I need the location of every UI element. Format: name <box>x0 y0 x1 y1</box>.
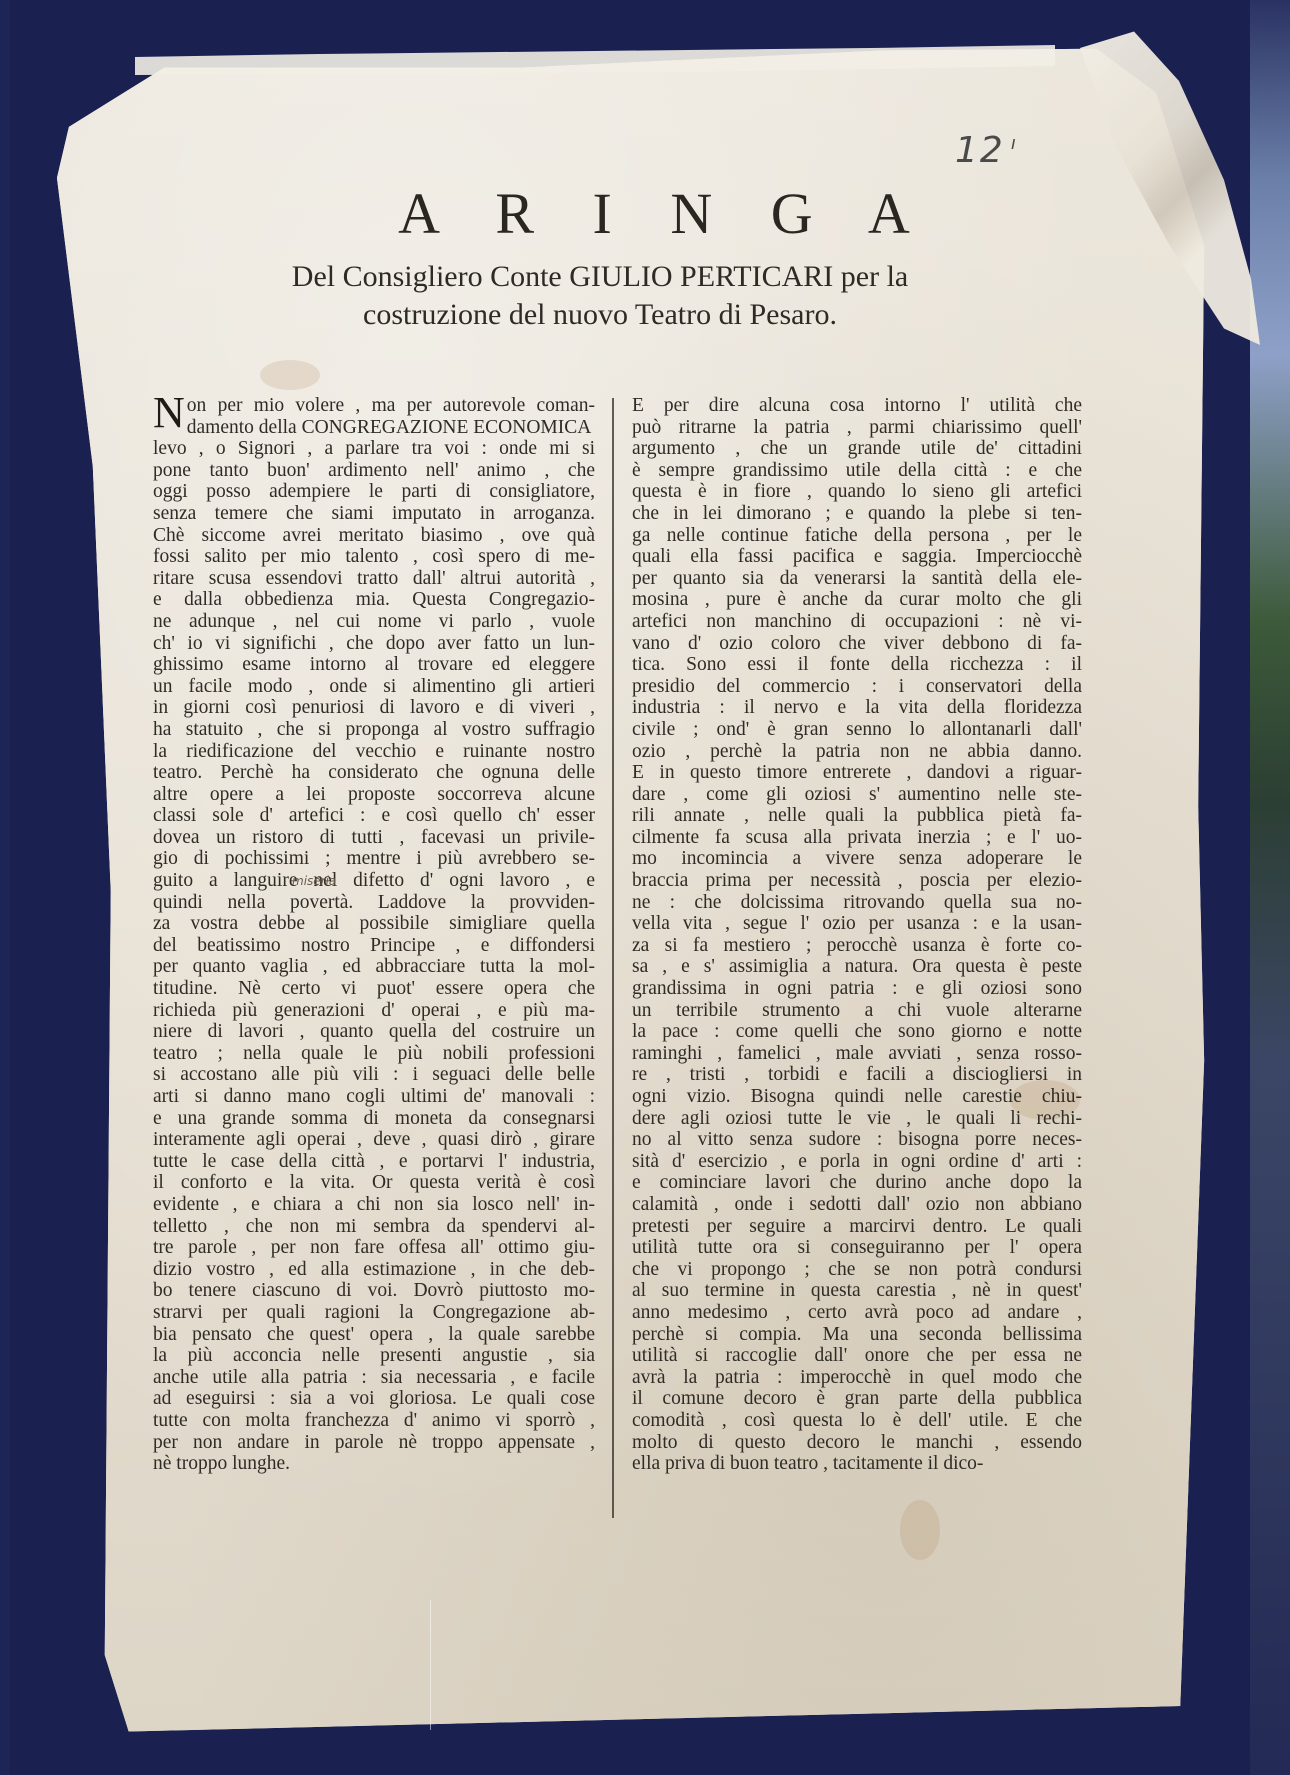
text-line: del beatissimo nostro Principe , e diffo… <box>153 935 595 957</box>
text-line: al suo termine in questa carestia , nè i… <box>632 1280 1082 1302</box>
text-line: industria : il nervo e la vita della flo… <box>632 697 1082 719</box>
text-line: può ritrarne la patria , parmi chiarissi… <box>632 417 1082 439</box>
text-line: mo incomincia a vivere senza adoperare l… <box>632 848 1082 870</box>
text-line: oggi posso adempiere le parti di consigl… <box>153 481 595 503</box>
text-line: ga nelle continue fatiche della persona … <box>632 525 1082 547</box>
text-line: interamente agli operai , deve , quasi d… <box>153 1129 595 1151</box>
text-line: dare , come gli oziosi s' aumentino nell… <box>632 784 1082 806</box>
text-line: quindi nella povertà. Laddove la provvid… <box>153 892 595 914</box>
text-line: dizio vostro , ed alla estimazione , in … <box>153 1259 595 1281</box>
text-line: za si fa mestiero ; perocchè usanza è fo… <box>632 935 1082 957</box>
column-divider <box>612 398 614 1518</box>
text-line: utilità tutte ora si conseguiranno per l… <box>632 1237 1082 1259</box>
text-line: dere agli oziosi tutte le vie , le quali… <box>632 1108 1082 1130</box>
text-line: per quanto vaglia , ed abbracciare tutta… <box>153 956 595 978</box>
text-line: anche utile alla patria : sia necessaria… <box>153 1367 595 1389</box>
text-line: tica. Sono essi il fonte della ricchezza… <box>632 654 1082 676</box>
handwritten-correction: miseria <box>292 874 336 888</box>
text-line: dovea un ristoro di tutti , facevasi un … <box>153 827 595 849</box>
text-line: re , tristi , torbidi e facili a disciog… <box>632 1064 1082 1086</box>
text-line: il comune decoro è gran parte della pubb… <box>632 1388 1082 1410</box>
text-line: senza temere che siami imputato in arrog… <box>153 503 595 525</box>
text-line: arti si danno mano cogli ultimi de' mano… <box>153 1086 595 1108</box>
text-line: gio di pochissimi ; mentre i più avrebbe… <box>153 848 595 870</box>
backdrop-fabric <box>1250 0 1290 1775</box>
handwritten-mark: ı <box>1011 133 1018 154</box>
text-line: damento della CONGREGAZIONE ECONOMICA mi <box>187 417 595 439</box>
text-line: levo , o Signori , a parlare tra voi : o… <box>153 438 595 460</box>
page-number-text: 12 <box>955 130 1005 171</box>
text-line: e una grande somma di moneta da consegna… <box>153 1108 595 1130</box>
paper-stain <box>900 1500 940 1560</box>
text-line: teatro ; nella quale le più nobili profe… <box>153 1043 595 1065</box>
text-line: ha statuito , che si proponga al vostro … <box>153 719 595 741</box>
text-line: richieda più generazioni d' operai , e p… <box>153 1000 595 1022</box>
text-line: bo tenere ciascuno di voi. Dovrò piuttos… <box>153 1280 595 1302</box>
text-line: strarvi per quali ragioni la Congregazio… <box>153 1302 595 1324</box>
text-line: on per mio volere , ma per autorevole co… <box>187 395 595 417</box>
document-title: A R I N G A <box>0 180 1290 247</box>
text-line: si accostano alle più vili : i seguaci d… <box>153 1064 595 1086</box>
text-line: pretesti per seguire a marcirvi dentro. … <box>632 1216 1082 1238</box>
text-line: avrà la patria : imperocchè in quel modo… <box>632 1367 1082 1389</box>
text-line: ozio , perchè la patria non ne abbia dan… <box>632 741 1082 763</box>
text-line: telletto , che non mi sembra da spenderv… <box>153 1216 595 1238</box>
text-line: artefici non manchino di occupazioni : n… <box>632 611 1082 633</box>
text-line: ghissimo esame intorno al trovare ed ele… <box>153 654 595 676</box>
text-line: sità d' esercizio , e porla in ogni ordi… <box>632 1151 1082 1173</box>
text-line: la più acconcia nelle presenti angustie … <box>153 1345 595 1367</box>
paper-crease <box>430 1600 431 1730</box>
text-line: ne adunque , nel cui nome vi parlo , vuo… <box>153 611 595 633</box>
text-line: molto di questo decoro le manchi , essen… <box>632 1432 1082 1454</box>
text-line: za vostra debbe al possibile simigliare … <box>153 913 595 935</box>
text-line: pone tanto buon' ardimento nell' animo ,… <box>153 460 595 482</box>
text-line: ch' io vi significhi , che dopo aver fat… <box>153 633 595 655</box>
text-line: tre parole , per non fare offesa all' ot… <box>153 1237 595 1259</box>
text-line: vano d' ozio coloro che viver debbono di… <box>632 633 1082 655</box>
text-line: in giorni così penuriosi di lavoro e di … <box>153 697 595 719</box>
text-line: braccia prima per necessità , poscia per… <box>632 870 1082 892</box>
text-line: evidente , e chiara a chi non sia losco … <box>153 1194 595 1216</box>
text-line: per quanto sia da venerarsi la santità d… <box>632 568 1082 590</box>
text-line: utilità si raccoglie dall' onore che per… <box>632 1345 1082 1367</box>
text-line: raminghi , famelici , male avviati , sen… <box>632 1043 1082 1065</box>
subtitle-line-2: costruzione del nuovo Teatro di Pesaro. <box>210 296 990 334</box>
right-text-column: E per dire alcuna cosa intorno l' utilit… <box>632 395 1082 1475</box>
drop-cap: N <box>153 393 185 433</box>
text-line: presidio del commercio : i conservatori … <box>632 676 1082 698</box>
text-line: perchè si compia. Ma una seconda belliss… <box>632 1324 1082 1346</box>
text-line: per non andare in parole nè troppo appen… <box>153 1432 595 1454</box>
text-line: un terribile strumento a chi vuole alter… <box>632 1000 1082 1022</box>
document-subtitle: Del Consigliero Conte GIULIO PERTICARI p… <box>210 258 990 334</box>
paper-stain <box>260 360 320 390</box>
text-line: la pace : come quelli che sono giorno e … <box>632 1021 1082 1043</box>
text-line: è sempre grandissimo utile della città :… <box>632 460 1082 482</box>
text-line: cilmente fa scusa alla privata inerzia ;… <box>632 827 1082 849</box>
text-line: un facile modo , onde si alimentino gli … <box>153 676 595 698</box>
text-line: rili annate , nelle quali la pubblica pi… <box>632 805 1082 827</box>
text-line: guito a languire nel difetto d' ogni lav… <box>153 870 595 892</box>
text-line: che vi propongo ; che se non potrà condu… <box>632 1259 1082 1281</box>
text-line: il conforto e la vita. Or questa verità … <box>153 1172 595 1194</box>
subtitle-line-1: Del Consigliero Conte GIULIO PERTICARI p… <box>210 258 990 296</box>
backdrop-edge <box>0 0 10 1775</box>
text-line: ogni vizio. Bisogna quindi nelle caresti… <box>632 1086 1082 1108</box>
text-line: ad eseguirsi : sia a voi gloriosa. Le qu… <box>153 1388 595 1410</box>
text-line: ritare scusa essendovi tratto dall' altr… <box>153 568 595 590</box>
text-line: anno medesimo , certo avrà poco ad andar… <box>632 1302 1082 1324</box>
left-text-column: N on per mio volere , ma per autorevole … <box>153 395 595 1475</box>
text-line: Chè siccome avrei meritato biasimo , ove… <box>153 525 595 547</box>
text-line: tutte con molta franchezza d' animo vi s… <box>153 1410 595 1432</box>
text-line: mosina , pure è anche da curar molto che… <box>632 589 1082 611</box>
text-line: e dalla obbedienza mia. Questa Congregaz… <box>153 589 595 611</box>
text-line: E in questo timore entrerete , dandovi a… <box>632 762 1082 784</box>
text-line: fossi salito per mio talento , così sper… <box>153 546 595 568</box>
text-line: nè troppo lunghe. <box>153 1453 595 1475</box>
text-line: teatro. Perchè ha considerato che ognuna… <box>153 762 595 784</box>
text-line: argumento , che un grande utile de' citt… <box>632 438 1082 460</box>
text-line: comodità , così questa lo è dell' utile.… <box>632 1410 1082 1432</box>
text-line: classi sole d' artefici : e così quello … <box>153 805 595 827</box>
text-line: niere di lavori , quanto quella del cost… <box>153 1021 595 1043</box>
handwritten-page-number: 12ı <box>955 130 1018 171</box>
text-line: ne : che dolcissima ritrovando quella su… <box>632 892 1082 914</box>
text-line: altre opere a lei proposte soccorreva al… <box>153 784 595 806</box>
text-line: no al vitto senza sudore : bisogna porre… <box>632 1129 1082 1151</box>
text-line: tutte le case della città , e portarvi l… <box>153 1151 595 1173</box>
text-line: che in lei dimorano ; e quando la plebe … <box>632 503 1082 525</box>
text-line: grandissima in ogni patria : e gli ozios… <box>632 978 1082 1000</box>
text-line: questa è in fiore , quando lo sieno gli … <box>632 481 1082 503</box>
text-line: sa , e s' assimiglia a natura. Ora quest… <box>632 956 1082 978</box>
text-line: E per dire alcuna cosa intorno l' utilit… <box>632 395 1082 417</box>
text-line: e cominciare lavori che durino anche dop… <box>632 1172 1082 1194</box>
text-line: civile ; ond' è gran senno lo allontanar… <box>632 719 1082 741</box>
text-line: vella vita , segue l' ozio per usanza : … <box>632 913 1082 935</box>
text-line: bia pensato che quest' opera , la quale … <box>153 1324 595 1346</box>
text-line: ella priva di buon teatro , tacitamente … <box>632 1453 1082 1475</box>
text-line: quali ella fassi pacifica e saggia. Impe… <box>632 546 1082 568</box>
text-line: la riedificazione del vecchio e ruinante… <box>153 741 595 763</box>
text-line: titudine. Nè certo vi puot' essere opera… <box>153 978 595 1000</box>
text-line: calamità , onde i sedotti dall' ozio non… <box>632 1194 1082 1216</box>
